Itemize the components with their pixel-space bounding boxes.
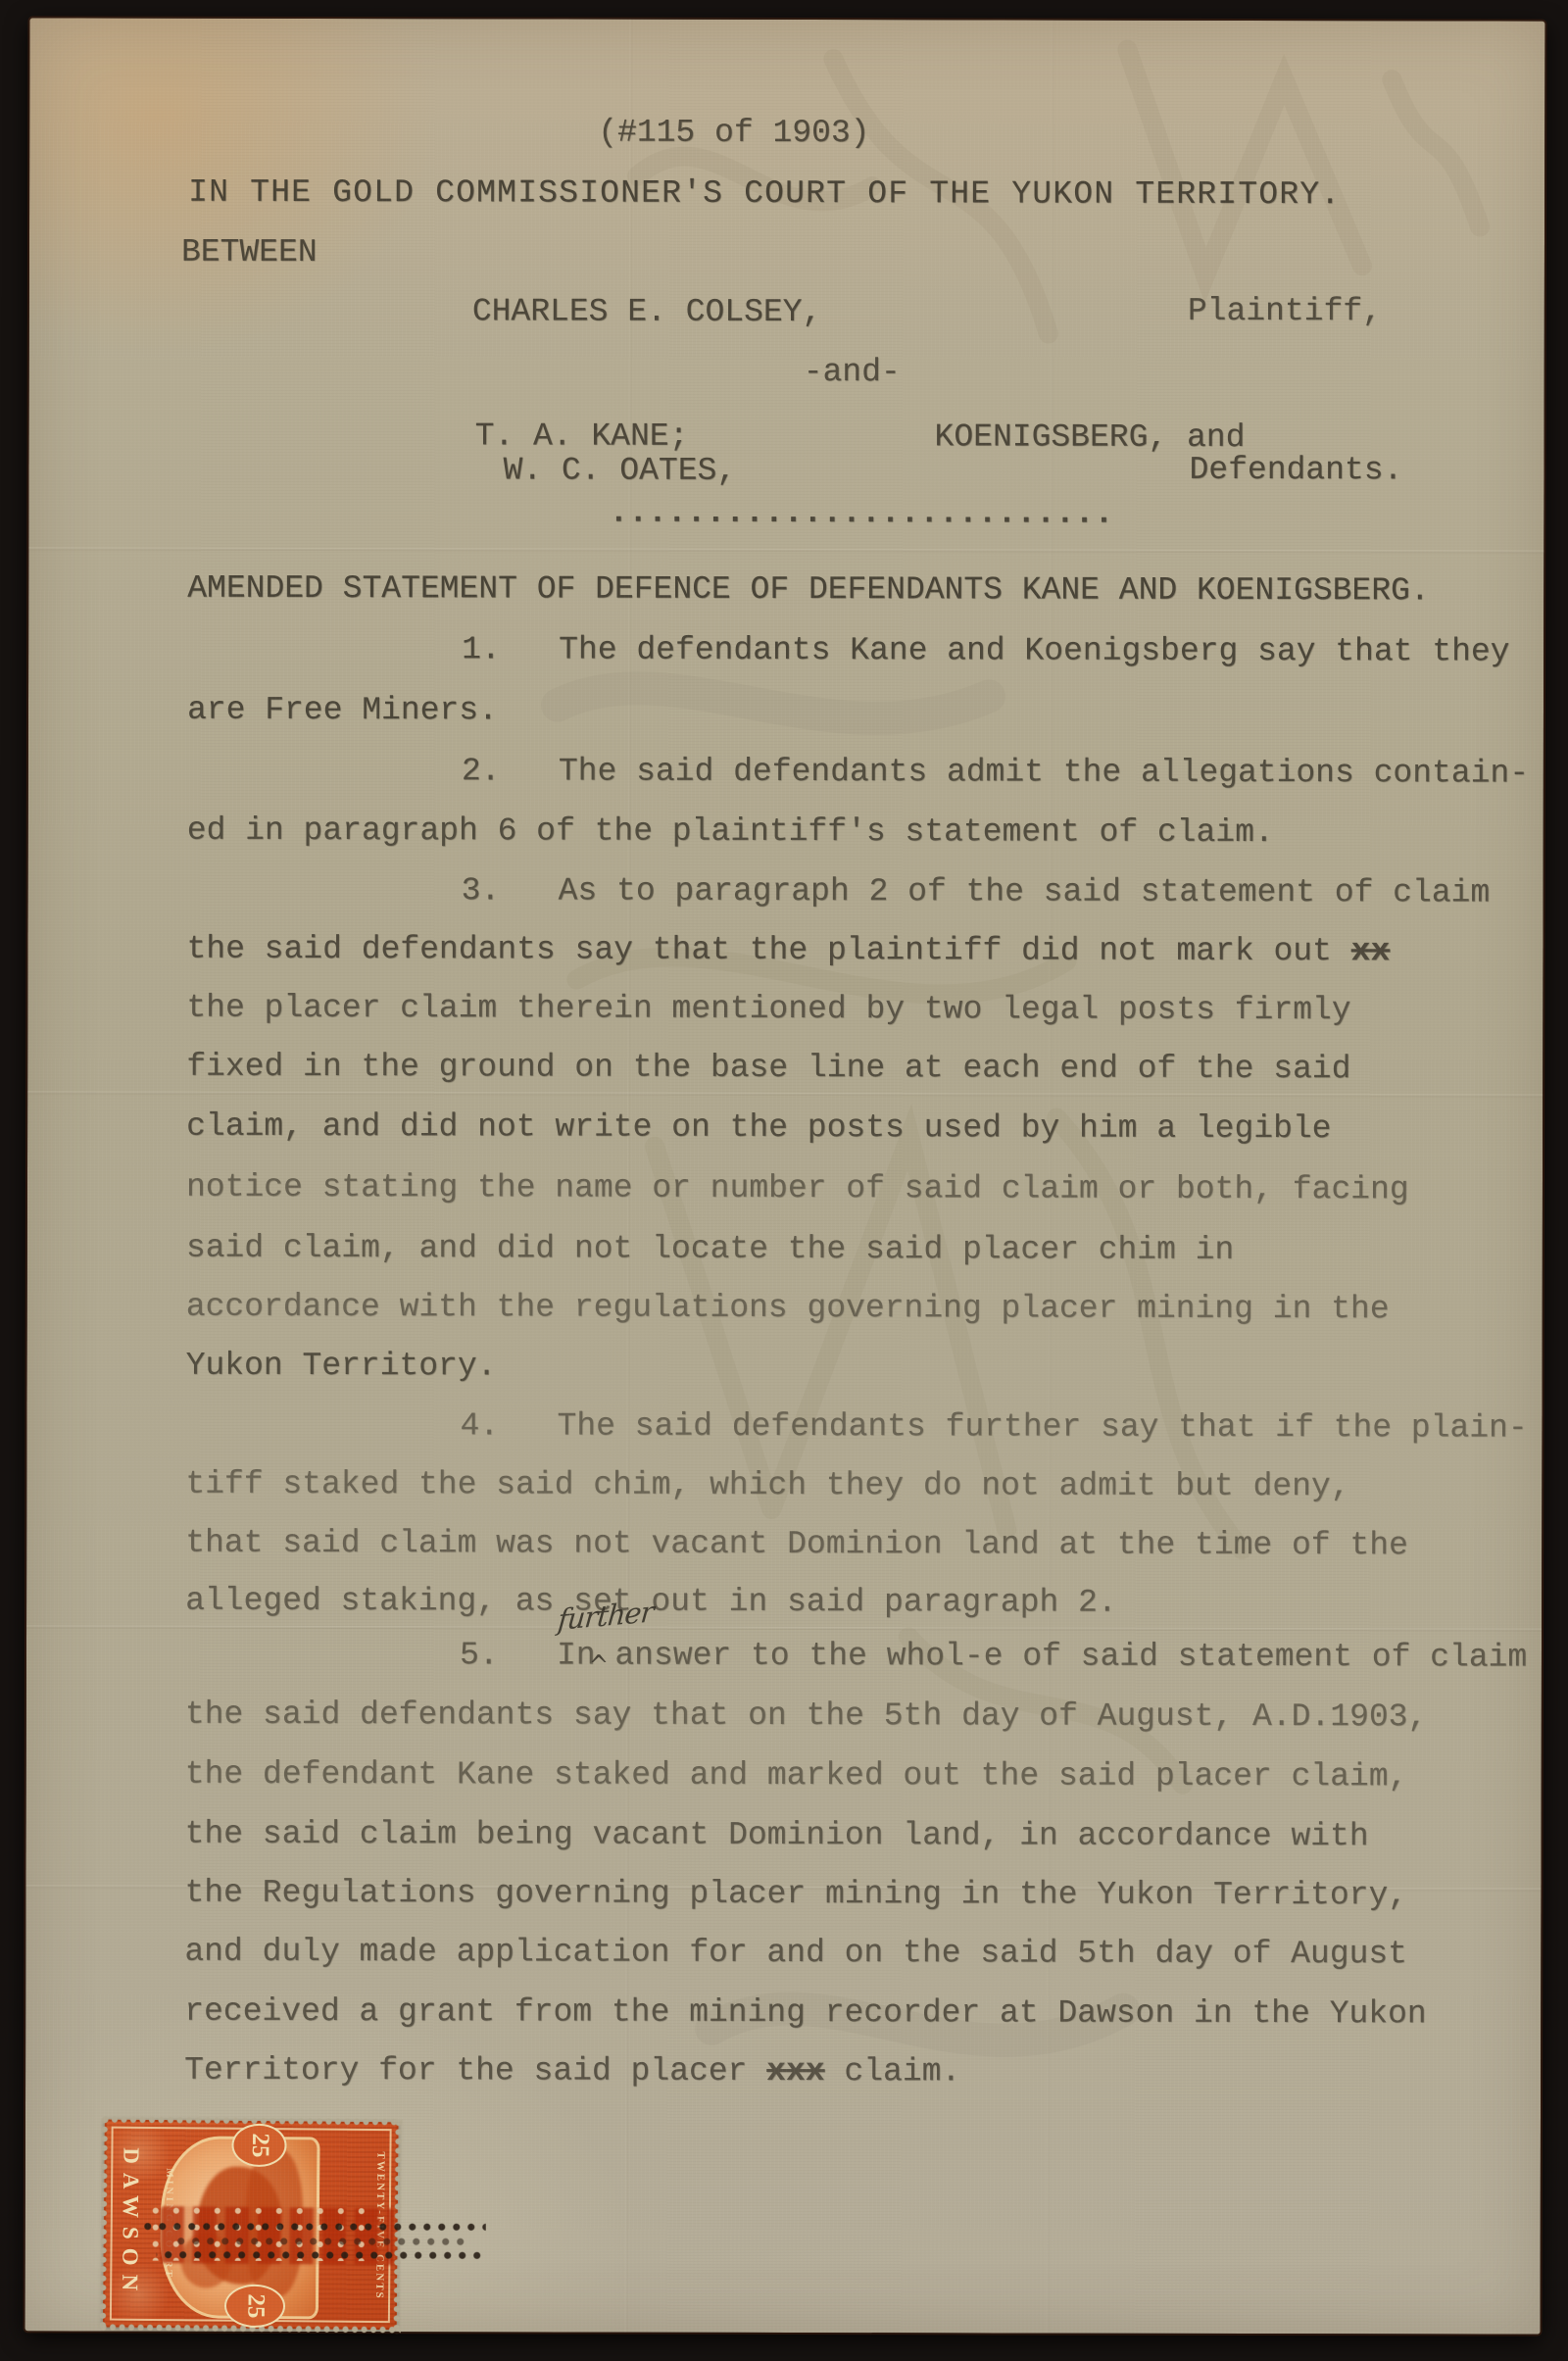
typed-text: claim.	[825, 2053, 961, 2090]
typed-line-p5-6: and duly made application for and on the…	[184, 1935, 1407, 1973]
fold-crease	[28, 547, 1543, 553]
handwritten-insertion: further	[557, 1595, 655, 1637]
typed-line-p5-4: the said claim being vacant Dominion lan…	[185, 1817, 1369, 1855]
typed-line-p1-1: 1. The defendants Kane and Koenigsberg s…	[462, 632, 1509, 670]
typed-line-p3-3: the placer claim therein mentioned by tw…	[186, 991, 1350, 1029]
red-cancellation-overprint	[160, 2206, 394, 2265]
scanned-legal-document: { "colors": { "background": "#161210", "…	[0, 0, 1568, 2361]
stamp-denomination-oval: 25	[224, 2285, 285, 2329]
typed-line-p4-2: tiff staked the said chim, which they do…	[185, 1467, 1349, 1505]
typed-line-p3-4: fixed in the ground on the base line at …	[186, 1050, 1350, 1088]
typed-line-p5-8: Territory for the said placer xxx claim.	[184, 2053, 960, 2090]
typed-line-p3-9: Yukon Territory.	[186, 1349, 497, 1385]
defendant-oates: W. C. OATES,	[503, 453, 736, 489]
court-name-line: IN THE GOLD COMMISSIONER'S COURT OF THE …	[188, 175, 1341, 214]
typed-line-p2-2: ed in paragraph 6 of the plaintiff's sta…	[187, 813, 1274, 852]
defendant-kane: T. A. KANE;	[475, 418, 689, 455]
stamp-perforation	[98, 2115, 110, 2331]
typed-line-p1-2: are Free Miners.	[187, 693, 498, 729]
struck-out-text: xx	[1351, 933, 1391, 969]
typed-line-p3-2: the said defendants say that the plainti…	[186, 932, 1390, 970]
typed-line-p3-1: 3. As to paragraph 2 of the said stateme…	[462, 873, 1491, 910]
typed-line-p5-3: the defendant Kane staked and marked out…	[185, 1757, 1408, 1795]
defendants-role: Defendants.	[1189, 453, 1402, 489]
typed-line-p5-5: the Regulations governing placer mining …	[184, 1876, 1407, 1914]
typed-line-p2-1: 2. The said defendants admit the allegat…	[462, 754, 1529, 792]
plaintiff-role: Plaintiff,	[1188, 294, 1382, 330]
case-number: (#115 of 1903)	[598, 116, 869, 152]
typed-line-p3-5: claim, and did not write on the posts us…	[186, 1109, 1331, 1148]
typed-line-p5-2: the said defendants say that on the 5th …	[185, 1697, 1427, 1736]
and-separator: -and-	[804, 355, 901, 391]
fold-crease	[26, 1625, 1542, 1631]
typed-line-p3-7: said claim, and did not locate the said …	[186, 1231, 1234, 1269]
between-label: BETWEEN	[181, 235, 318, 271]
typed-line-p5-7: received a grant from the mining recorde…	[184, 1994, 1426, 2033]
stamp-denomination-oval: 25	[231, 2124, 286, 2168]
typed-text: the said defendants say that the plainti…	[186, 931, 1350, 969]
document-title: AMENDED STATEMENT OF DEFENCE OF DEFENDAN…	[187, 571, 1429, 610]
stamp-city-label: DAWSON	[117, 2128, 144, 2320]
fold-crease	[27, 1091, 1543, 1097]
defendant-koenigsberg: KOENIGSBERG, and	[935, 419, 1246, 456]
struck-out-text: xxx	[766, 2053, 824, 2090]
typed-line-p3-6: notice stating the name or number of sai…	[186, 1170, 1409, 1208]
stamp-denomination: 25	[241, 2293, 269, 2318]
dotted-separator: ..........................	[609, 496, 1113, 532]
typed-line-p5-1: 5. In answer to the whol-e of said state…	[460, 1638, 1527, 1676]
plaintiff-name: CHARLES E. COLSEY,	[472, 294, 822, 330]
typed-line-p4-1: 4. The said defendants further say that …	[460, 1408, 1527, 1447]
typed-line-p4-3: that said claim was not vacant Dominion …	[185, 1526, 1408, 1564]
document-page: (#115 of 1903) IN THE GOLD COMMISSIONER'…	[25, 18, 1545, 2334]
typed-line-p3-8: accordance with the regulations governin…	[186, 1290, 1390, 1328]
court-fee-stamp: DAWSON MINING COURT TWENTY-FIVE CENTS 25…	[103, 2120, 399, 2331]
stamp-denomination: 25	[245, 2133, 272, 2157]
typed-text: Territory for the said placer	[184, 2052, 766, 2090]
